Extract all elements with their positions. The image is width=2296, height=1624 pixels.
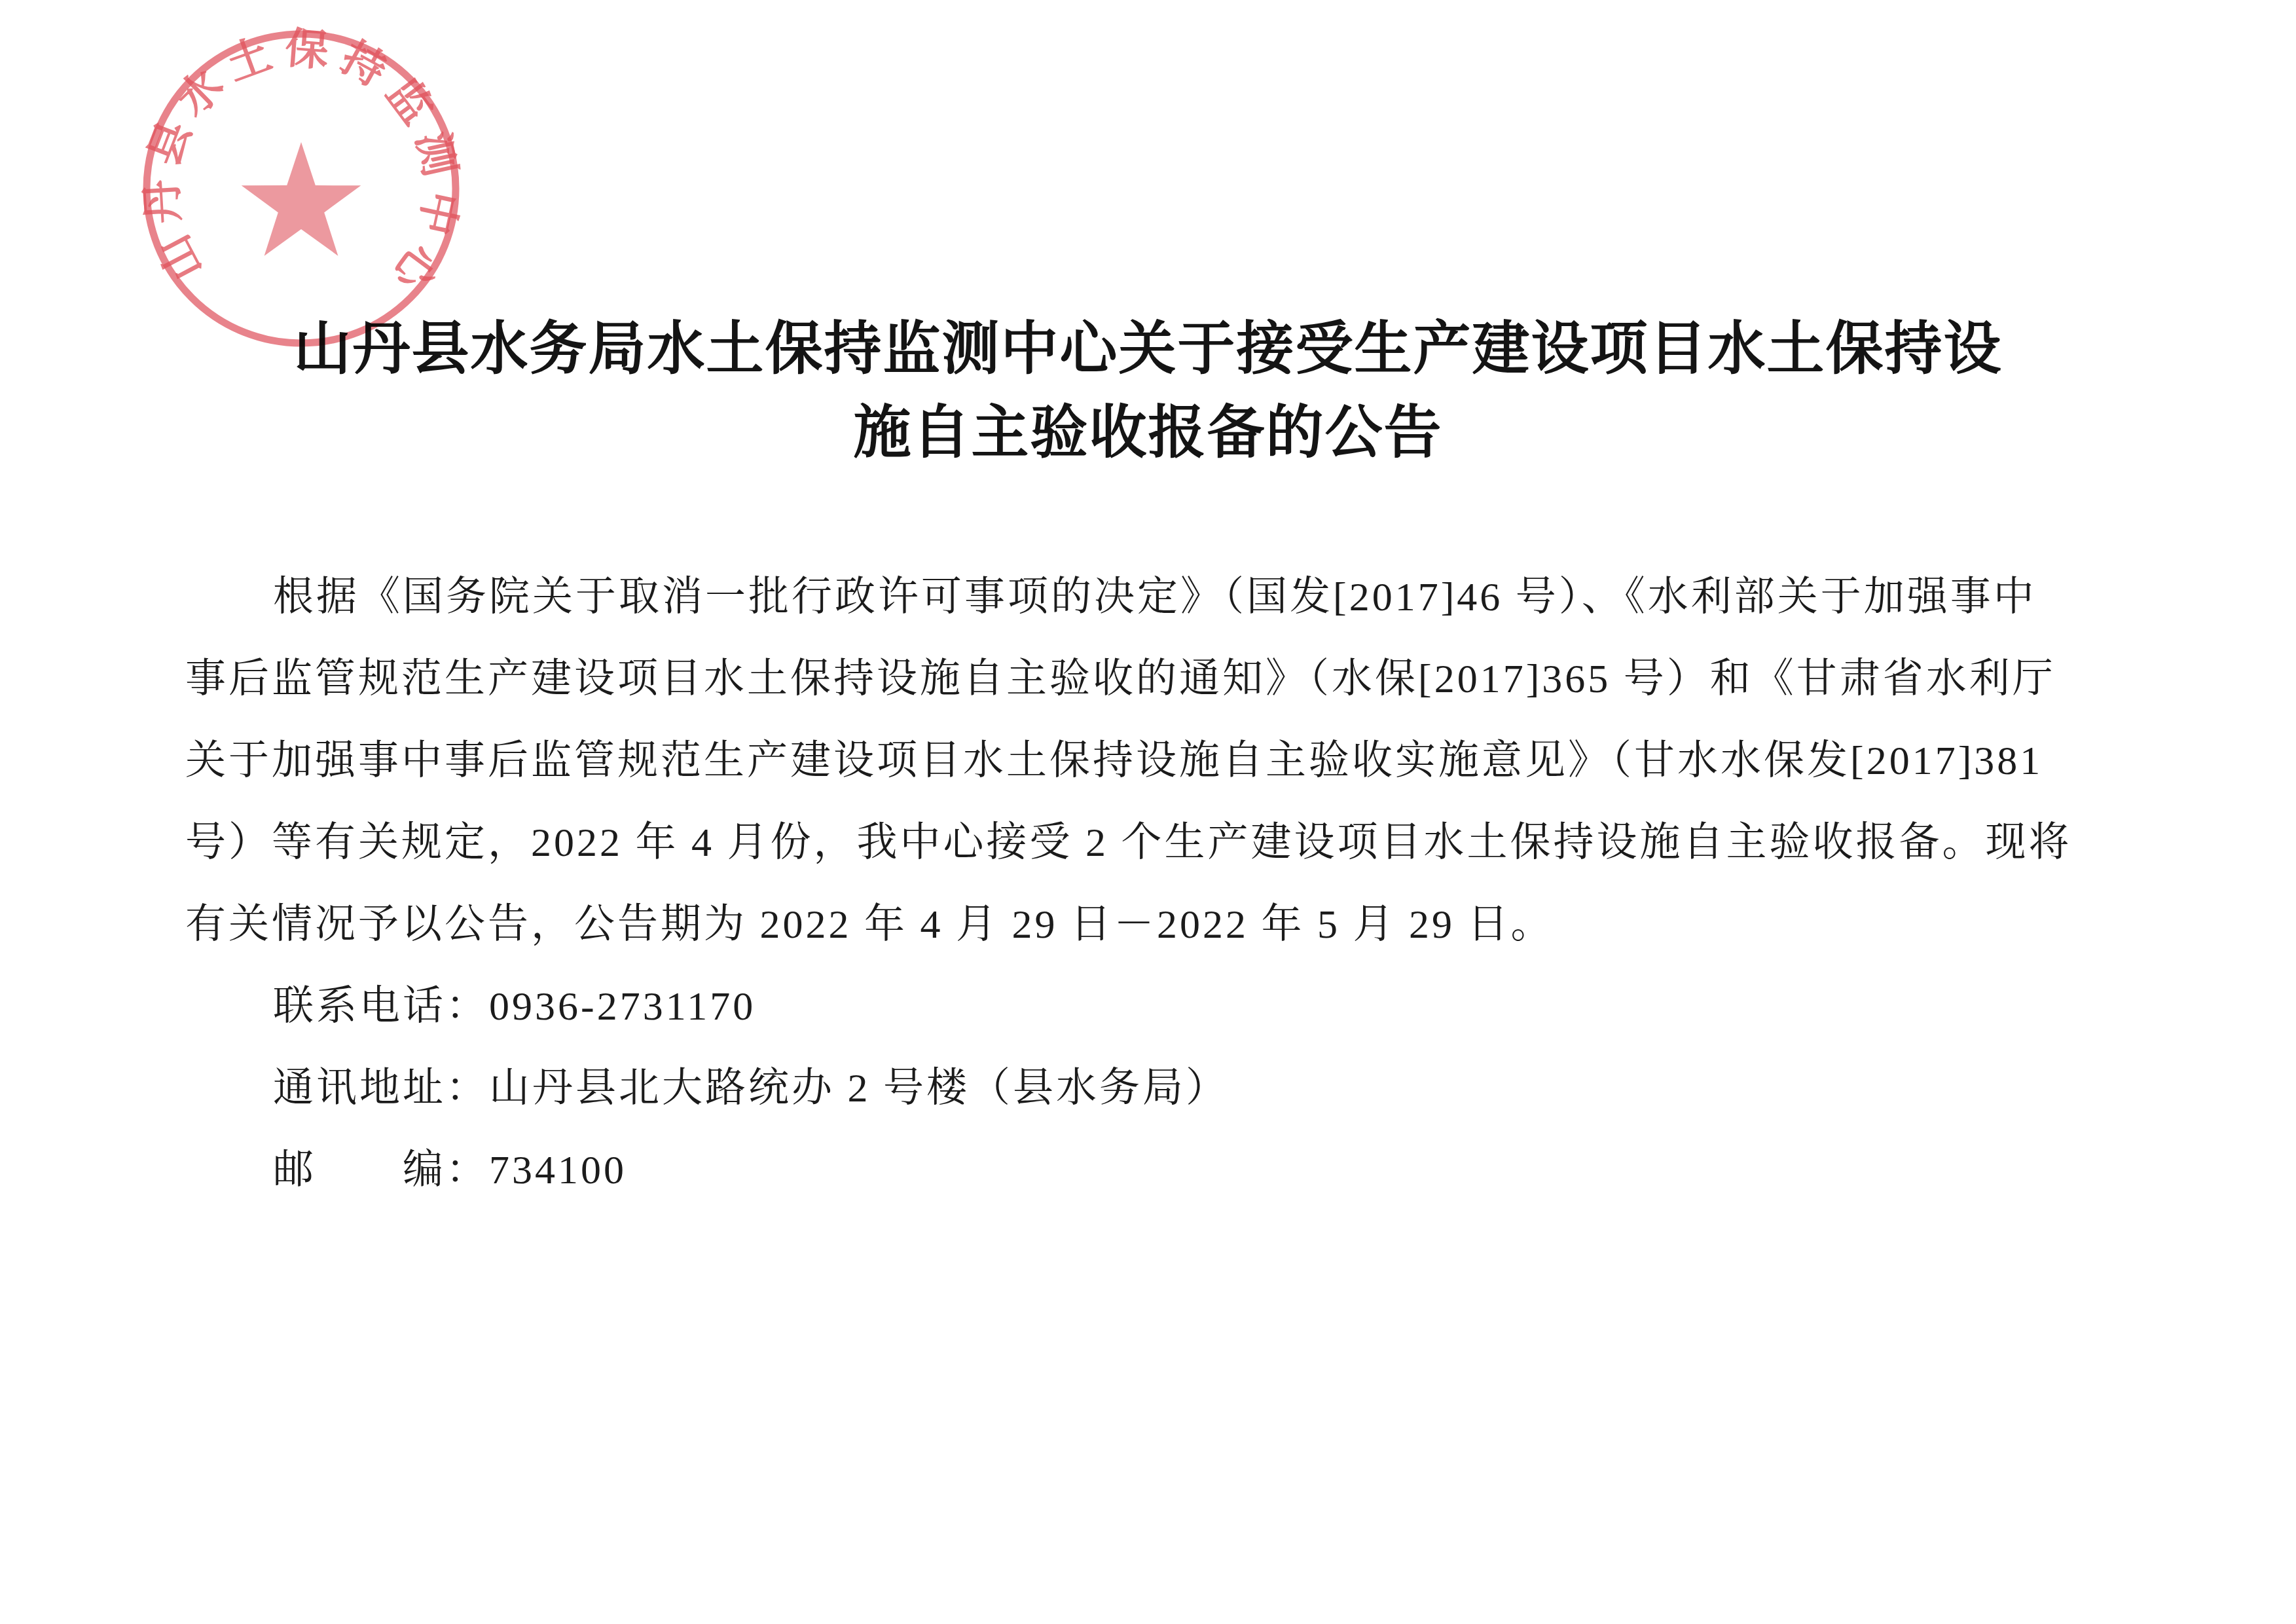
body-line: 有关情况予以公告，公告期为 2022 年 4 月 29 日－2022 年 5 月… bbox=[185, 884, 2113, 966]
address-value: 山丹县北大路统办 2 号楼（县水务局） bbox=[489, 1066, 1229, 1111]
postal-label: 邮 编： bbox=[273, 1148, 489, 1192]
contact-phone-row: 联系电话：0936-2731170 bbox=[185, 966, 2113, 1048]
seal-text: 山丹县水土保持监测中心 bbox=[136, 23, 467, 308]
body-paragraph: 根据《国务院关于取消一批行政许可事项的决定》（国发[2017]46 号）、《水利… bbox=[185, 557, 2113, 966]
address-label: 通讯地址： bbox=[273, 1066, 489, 1111]
contact-block: 联系电话：0936-2731170 通讯地址：山丹县北大路统办 2 号楼（县水务… bbox=[185, 966, 2113, 1211]
seal-text-arc bbox=[177, 64, 426, 284]
body-line: 号）等有关规定，2022 年 4 月份，我中心接受 2 个生产建设项目水土保持设… bbox=[185, 802, 2113, 884]
contact-postal-row: 邮 编：734100 bbox=[185, 1130, 2113, 1211]
body-line: 事后监管规范生产建设项目水土保持设施自主验收的通知》（水保[2017]365 号… bbox=[185, 638, 2113, 720]
seal-ring-circle bbox=[147, 34, 456, 343]
phone-value: 0936-2731170 bbox=[489, 984, 756, 1029]
announcement-page: 山丹县水务局水土保持监测中心关于接受生产建设项目水土保持设 施自主验收报备的公告… bbox=[0, 0, 2296, 1624]
phone-label: 联系电话： bbox=[273, 984, 489, 1029]
page-title: 山丹县水务局水土保持监测中心关于接受生产建设项目水土保持设 施自主验收报备的公告 bbox=[0, 306, 2296, 474]
title-line-1: 山丹县水务局水土保持监测中心关于接受生产建设项目水土保持设 bbox=[0, 306, 2296, 390]
body-line: 根据《国务院关于取消一批行政许可事项的决定》（国发[2017]46 号）、《水利… bbox=[185, 557, 2113, 638]
body-line: 关于加强事中事后监管规范生产建设项目水土保持设施自主验收实施意见》（甘水水保发[… bbox=[185, 720, 2113, 802]
contact-address-row: 通讯地址：山丹县北大路统办 2 号楼（县水务局） bbox=[185, 1048, 2113, 1130]
postal-value: 734100 bbox=[489, 1148, 627, 1192]
title-line-2: 施自主验收报备的公告 bbox=[0, 390, 2296, 474]
seal-star-icon bbox=[242, 142, 361, 256]
